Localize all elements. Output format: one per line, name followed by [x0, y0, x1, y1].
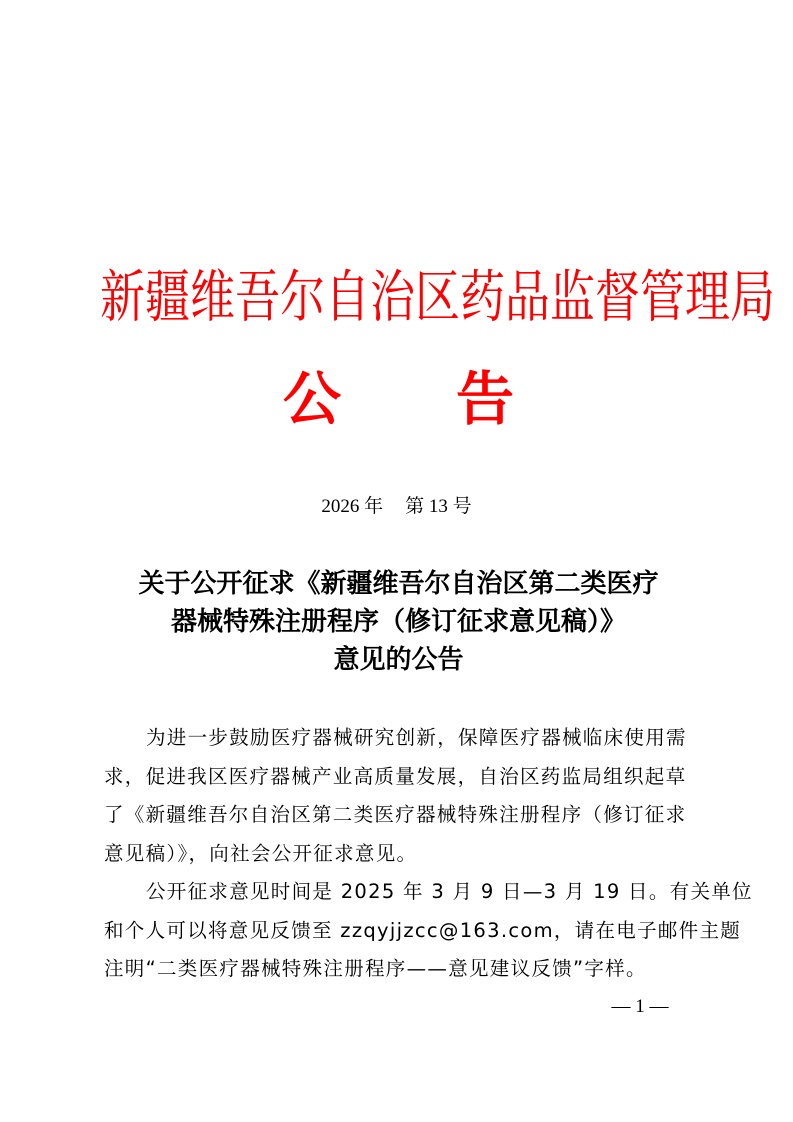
notice-label: 公 告	[0, 362, 793, 437]
body-paragraph-2: 公开征求意见时间是 2025 年 3 月 9 日—3 月 19 日。有关单位 和…	[104, 873, 692, 989]
body-line: 为进一步鼓励医疗器械研究创新，保障医疗器械临床使用需	[104, 719, 692, 758]
subject-title-line: 关于公开征求《新疆维吾尔自治区第二类医疗	[96, 565, 701, 603]
subject-title-line: 器械特殊注册程序（修订征求意见稿）》	[96, 603, 701, 641]
document-year: 2026 年	[321, 496, 383, 517]
notice-label-char-2: 告	[456, 362, 514, 437]
body-line: 求，促进我区医疗器械产业高质量发展，自治区药监局组织起草	[104, 758, 692, 797]
document-number: 2026 年第 13 号	[0, 494, 793, 520]
page-number: — 1 —	[600, 994, 680, 1020]
agency-name-heading: 新疆维吾尔自治区药品监督管理局	[100, 253, 695, 341]
body-line: 了《新疆维吾尔自治区第二类医疗器械特殊注册程序（修订征求	[104, 796, 692, 835]
body-line: 公开征求意见时间是 2025 年 3 月 9 日—3 月 19 日。有关单位	[104, 873, 692, 912]
body-line-with-email: 和个人可以将意见反馈至 zzqyjjzcc@163.com，请在电子邮件主题	[104, 912, 692, 951]
body-line: 注明“二类医疗器械特殊注册程序——意见建议反馈”字样。	[104, 950, 692, 989]
notice-body: 为进一步鼓励医疗器械研究创新，保障医疗器械临床使用需 求，促进我区医疗器械产业高…	[104, 719, 692, 989]
notice-label-char-1: 公	[283, 362, 341, 437]
document-serial-number: 第 13 号	[405, 496, 472, 517]
body-paragraph-1: 为进一步鼓励医疗器械研究创新，保障医疗器械临床使用需 求，促进我区医疗器械产业高…	[104, 719, 692, 873]
body-line: 意见稿）》，向社会公开征求意见。	[104, 835, 692, 874]
subject-title: 关于公开征求《新疆维吾尔自治区第二类医疗 器械特殊注册程序（修订征求意见稿）》 …	[96, 565, 701, 679]
subject-title-line: 意见的公告	[96, 641, 701, 679]
